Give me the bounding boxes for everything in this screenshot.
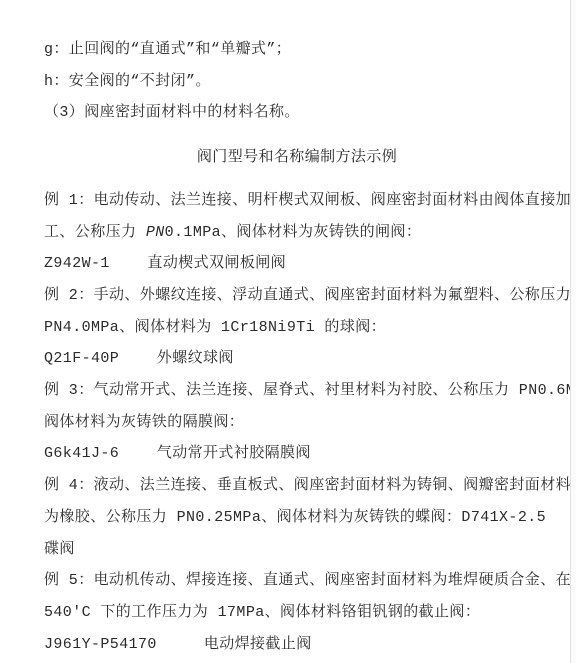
page-edge-line bbox=[570, 0, 576, 663]
example3-line1: 例 3：气动常开式、法兰连接、屋脊式、衬里材料为衬胶、公称压力 PN0.6MPa… bbox=[44, 375, 550, 407]
example5-line2: 540'C 下的工作压力为 17MPa、阀体材料铬钼钒钢的截止阀： bbox=[44, 597, 550, 629]
document-title: 阀门型号和名称编制方法示例 bbox=[44, 142, 550, 174]
example3-model-line: G6k41J-6 气动常开式衬胶隔膜阀 bbox=[44, 438, 550, 470]
document-content: g：止回阀的“直通式”和“单瓣式”； h：安全阀的“不封闭”。 （3）阀座密封面… bbox=[0, 0, 576, 660]
example2-line2: PN4.0MPa、阀体材料为 1Cr18Ni9Ti 的球阀： bbox=[44, 312, 550, 344]
example1-model-line: Z942W-1 直动楔式双闸板闸阀 bbox=[44, 248, 550, 280]
intro-line-h: h：安全阀的“不封闭”。 bbox=[44, 66, 550, 98]
example3-line2: 阀体材料为灰铸铁的隔膜阀： bbox=[44, 407, 550, 439]
example4-line3: 碟阀 bbox=[44, 534, 550, 566]
example1-line1: 例 1：电动传动、法兰连接、明杆楔式双闸板、阀座密封面材料由阀体直接加 bbox=[44, 185, 550, 217]
example1-line2-pn-italic: PN bbox=[146, 224, 165, 241]
example5-model-line: J961Y-P54170 电动焊接截止阀 bbox=[44, 629, 550, 661]
example4-line2: 为橡胶、公称压力 PN0.25MPa、阀体材料为灰铸铁的蝶阀：D741X-2.5… bbox=[44, 502, 550, 534]
example1-line2-post: 0.1MPa、阀体材料为灰铸铁的闸阀： bbox=[165, 224, 422, 241]
document-page: g：止回阀的“直通式”和“单瓣式”； h：安全阀的“不封闭”。 （3）阀座密封面… bbox=[0, 0, 576, 663]
example4-line1: 例 4：液动、法兰连接、垂直板式、阀座密封面材料为铸铜、阀瓣密封面材料 bbox=[44, 470, 550, 502]
scanned-document-screenshot: { "page": { "background": "#ffffff", "te… bbox=[0, 0, 576, 663]
example2-model-line: Q21F-40P 外螺纹球阀 bbox=[44, 343, 550, 375]
example5-line1: 例 5：电动机传动、焊接连接、直通式、阀座密封面材料为堆焊硬质合金、在 bbox=[44, 565, 550, 597]
example1-line2-pre: 工、公称压力 bbox=[44, 224, 146, 241]
example1-line2: 工、公称压力 PN0.1MPa、阀体材料为灰铸铁的闸阀： bbox=[44, 217, 550, 249]
intro-line-g: g：止回阀的“直通式”和“单瓣式”； bbox=[44, 34, 550, 66]
intro-line-3: （3）阀座密封面材料中的材料名称。 bbox=[44, 97, 550, 129]
example2-line1: 例 2：手动、外螺纹连接、浮动直通式、阀座密封面材料为氟塑料、公称压力 bbox=[44, 280, 550, 312]
